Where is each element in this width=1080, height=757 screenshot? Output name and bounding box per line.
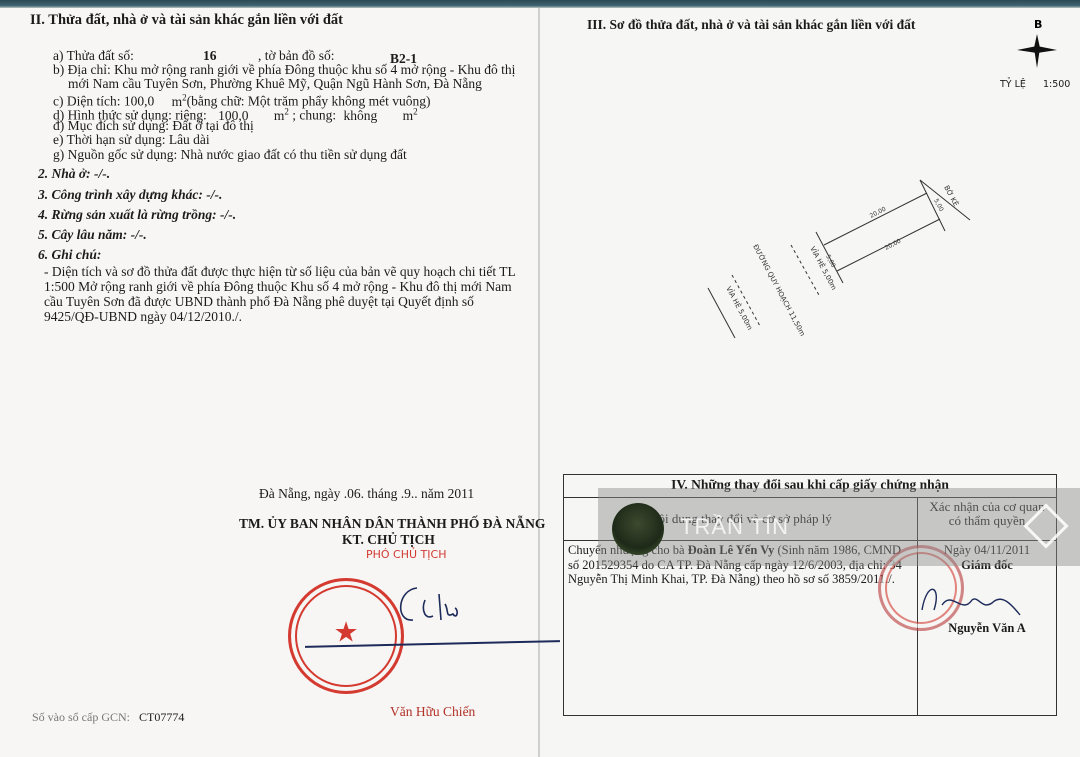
parcel-number-label: a) Thửa đất số: [53,48,134,63]
section-3-title: III. Sơ đồ thửa đất, nhà ở và tài sản kh… [587,17,915,33]
signer-name: Văn Hữu Chiến [390,704,475,719]
issuing-authority: TM. ỦY BAN NHÂN DÂN THÀNH PHỐ ĐÀ NẴNG [239,516,545,531]
svg-text:B: B [1034,18,1042,31]
director-signature [912,575,1022,620]
note-line-2: 1:500 Mở rộng ranh giới về phía Đông thu… [44,279,512,294]
address-line-2: mới Nam cầu Tuyên Sơn, Phường Khuê Mỹ, Q… [68,76,482,91]
item-perennial-trees: 5. Cây lâu năm: -/-. [38,227,147,242]
cert-number: Số vào sổ cấp GCN: CT07774 [32,710,184,725]
note-line-4: 9425/QĐ-UBND ngày 04/12/2010./. [44,309,242,324]
svg-text:ĐƯỜNG QUY HOẠCH 11,50m: ĐƯỜNG QUY HOẠCH 11,50m [751,243,807,338]
parcel-number-value: 16 [203,48,217,63]
item-other-construction: 3. Công trình xây dựng khác: -/-. [38,187,222,202]
watermark-brand: TRẦN TÍN [680,514,789,540]
map-sheet-label: , tờ bản đồ số: [258,48,335,63]
vice-chairman-stamp: PHÓ CHỦ TỊCH [366,547,446,562]
svg-text:5,00: 5,00 [932,198,945,213]
watermark-banner [598,488,1080,566]
usage-term: e) Thời hạn sử dụng: Lâu dài [53,132,210,147]
top-edge-band [0,0,1080,8]
item-house: 2. Nhà ở: -/-. [38,166,110,181]
item-planted-forest: 4. Rừng sản xuất là rừng trồng: -/-. [38,207,236,222]
issue-date: Đà Nẵng, ngày .06. tháng .9.. năm 2011 [259,486,474,501]
note-line-1: - Diện tích và sơ đồ thửa đất được thực … [44,264,516,279]
signer-role: KT. CHỦ TỊCH [342,532,435,547]
notes-title: 6. Ghi chú: [38,247,101,262]
official-seal: ★ [288,578,404,694]
map-scale: TỶ LỆ 1:500 [1000,79,1070,90]
shared-area: không [344,108,378,123]
north-arrow-icon: B [1012,18,1062,73]
section-2-title: II. Thửa đất, nhà ở và tài sản khác gắn … [30,12,343,29]
parcel-diagram: 20,00 20,00 5,00 5,00 BỜ KÈ VỈA HÈ 5,00m… [690,150,980,350]
svg-text:VỈA HÈ 5,00m: VỈA HÈ 5,00m [808,245,839,292]
svg-text:BỜ KÈ: BỜ KÈ [942,184,960,208]
signature [395,580,465,630]
svg-text:20,00: 20,00 [884,238,903,252]
address-line-1: b) Địa chỉ: Khu mở rộng ranh giới về phí… [53,62,515,77]
usage-origin: g) Nguồn gốc sử dụng: Nhà nước giao đất … [53,147,407,162]
note-line-3: cầu Tuyên Sơn đã được UBND thành phố Đà … [44,294,474,309]
watermark-avatar [612,503,664,555]
usage-purpose: đ) Mục đích sử dụng: Đất ở tại đô thị [53,118,254,133]
change-entry: Chuyển nhượng cho bà Đoàn Lê Yến Vy (Sin… [564,541,918,716]
